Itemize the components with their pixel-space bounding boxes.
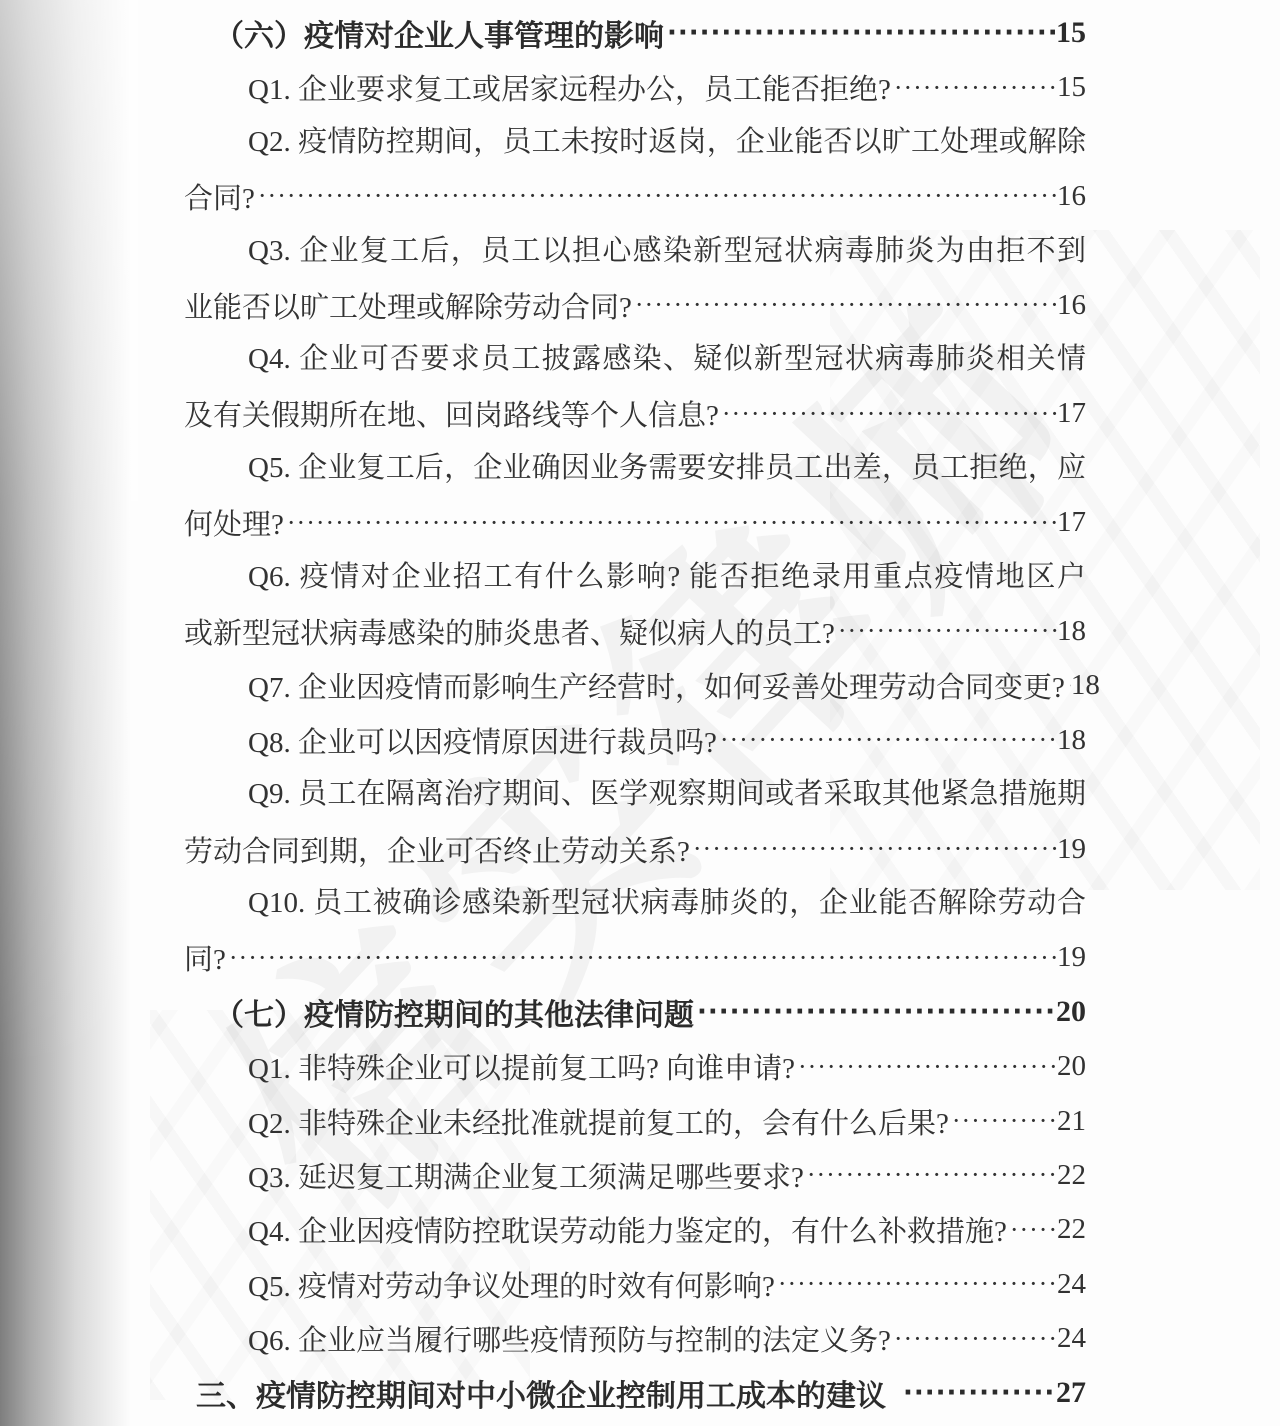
page-number: 19 (1057, 941, 1086, 974)
entry-text: 何处理? (184, 502, 284, 543)
s6-q6-line2: 或新型冠状病毒感染的肺炎患者、疑似病人的员工? 18 (184, 604, 1086, 658)
section-6-title: （六）疫情对企业人事管理的影响 (214, 11, 664, 55)
dot-leader (900, 1378, 1056, 1408)
table-of-contents: （六）疫情对企业人事管理的影响 15 Q1. 企业要求复工或居家远程办公，员工能… (184, 6, 1086, 1420)
s7-q4: Q4. 企业因疫情防控耽误劳动能力鉴定的，有什么补救措施? 22 (184, 1203, 1086, 1257)
s6-q3-line1: Q3. 企业复工后，员工以担心感染新型冠状病毒肺炎为由拒不到岗，企 (184, 224, 1086, 278)
page-number: 19 (1057, 833, 1086, 866)
s6-q1: Q1. 企业要求复工或居家远程办公，员工能否拒绝? 15 (184, 60, 1086, 114)
dot-leader (632, 290, 1057, 320)
chapter-3-title: 三、疫情防控期间对中小微企业控制用工成本的建议 (196, 1371, 900, 1415)
page-number: 22 (1057, 1159, 1086, 1192)
s6-q6-line1: Q6. 疫情对企业招工有什么影响? 能否拒绝录用重点疫情地区户籍， (184, 550, 1086, 604)
entry-text: 或新型冠状病毒感染的肺炎患者、疑似病人的员工? (184, 611, 835, 652)
section-7-heading: （七）疫情防控期间的其他法律问题 20 (184, 985, 1086, 1039)
page-number: 18 (1057, 615, 1086, 648)
s6-q2-line2: 合同? 16 (184, 169, 1086, 223)
page-number: 18 (1071, 669, 1100, 702)
page-number: 18 (1057, 724, 1086, 757)
page-number: 17 (1057, 506, 1086, 539)
s6-q4-line1: Q4. 企业可否要求员工披露感染、疑似新型冠状病毒肺炎相关情况，以 (184, 332, 1086, 386)
entry-text: Q2. 非特殊企业未经批准就提前复工的，会有什么后果? (248, 1101, 949, 1142)
s6-q9-line2: 劳动合同到期，企业可否终止劳动关系? 19 (184, 822, 1086, 876)
entry-text: 业能否以旷工处理或解除劳动合同? (184, 285, 632, 326)
dot-leader (717, 725, 1057, 755)
page-number: 24 (1057, 1322, 1086, 1355)
entry-text: 合同? (184, 176, 255, 217)
page-number: 15 (1057, 71, 1086, 104)
entry-text: Q1. 企业要求复工或居家远程办公，员工能否拒绝? (248, 67, 891, 108)
page-number: 21 (1057, 1105, 1086, 1138)
dot-leader (795, 1052, 1057, 1082)
dot-leader (891, 1324, 1057, 1354)
page-number: 17 (1057, 397, 1086, 430)
entry-text: 劳动合同到期，企业可否终止劳动关系? (184, 829, 690, 870)
entry-text: Q3. 延迟复工期满企业复工须满足哪些要求? (248, 1155, 804, 1196)
page-number: 22 (1057, 1213, 1086, 1246)
page-number: 27 (1056, 1376, 1086, 1410)
entry-text: Q1. 非特殊企业可以提前复工吗? 向谁申请? (248, 1046, 795, 1087)
dot-leader (284, 508, 1057, 538)
s7-q6: Q6. 企业应当履行哪些疫情预防与控制的法定义务? 24 (184, 1311, 1086, 1365)
chapter-3-heading: 三、疫情防控期间对中小微企业控制用工成本的建议 27 (184, 1366, 1086, 1420)
page-number: 16 (1057, 289, 1086, 322)
entry-text: 同? (184, 937, 226, 978)
page-number: 16 (1057, 180, 1086, 213)
dot-leader (891, 73, 1057, 103)
dot-leader (775, 1269, 1057, 1299)
dot-leader (835, 616, 1057, 646)
entry-text: Q7. 企业因疫情而影响生产经营时，如何妥善处理劳动合同变更? (248, 665, 1065, 706)
dot-leader (226, 943, 1057, 973)
scan-edge-shadow (0, 0, 138, 1426)
dot-leader (1007, 1215, 1057, 1245)
s6-q2-line1: Q2. 疫情防控期间，员工未按时返岗，企业能否以旷工处理或解除劳动 (184, 115, 1086, 169)
dot-leader (719, 399, 1057, 429)
entry-text: Q5. 疫情对劳动争议处理的时效有何影响? (248, 1264, 775, 1305)
section-7-title: （七）疫情防控期间的其他法律问题 (214, 990, 694, 1034)
page-number: 20 (1056, 995, 1086, 1029)
s6-q7: Q7. 企业因疫情而影响生产经营时，如何妥善处理劳动合同变更? 18 (184, 659, 1086, 713)
section-6-heading: （六）疫情对企业人事管理的影响 15 (184, 6, 1086, 60)
dot-leader (694, 997, 1056, 1027)
entry-text: Q8. 企业可以因疫情原因进行裁员吗? (248, 720, 717, 761)
s7-q5: Q5. 疫情对劳动争议处理的时效有何影响? 24 (184, 1257, 1086, 1311)
entry-text: Q6. 企业应当履行哪些疫情预防与控制的法定义务? (248, 1318, 891, 1359)
s6-q5-line2: 何处理? 17 (184, 496, 1086, 550)
s6-q5-line1: Q5. 企业复工后，企业确因业务需要安排员工出差，员工拒绝，应当如 (184, 441, 1086, 495)
page-number: 24 (1057, 1268, 1086, 1301)
s7-q1: Q1. 非特殊企业可以提前复工吗? 向谁申请? 20 (184, 1039, 1086, 1093)
dot-leader (949, 1106, 1057, 1136)
s6-q9-line1: Q9. 员工在隔离治疗期间、医学观察期间或者采取其他紧急措施期间 (184, 767, 1086, 821)
s7-q3: Q3. 延迟复工期满企业复工须满足哪些要求? 22 (184, 1148, 1086, 1202)
s6-q4-line2: 及有关假期所在地、回岗路线等个人信息? 17 (184, 387, 1086, 441)
dot-leader (664, 18, 1056, 48)
dot-leader (255, 181, 1057, 211)
entry-text: 及有关假期所在地、回岗路线等个人信息? (184, 393, 719, 434)
s6-q10-line1: Q10. 员工被确诊感染新型冠状病毒肺炎的，企业能否解除劳动合 (184, 876, 1086, 930)
s6-q10-line2: 同? 19 (184, 931, 1086, 985)
page-number: 20 (1057, 1050, 1086, 1083)
s7-q2: Q2. 非特殊企业未经批准就提前复工的，会有什么后果? 21 (184, 1094, 1086, 1148)
page-number: 15 (1056, 16, 1086, 50)
entry-text: Q4. 企业因疫情防控耽误劳动能力鉴定的，有什么补救措施? (248, 1209, 1007, 1250)
dot-leader (690, 834, 1057, 864)
s6-q8: Q8. 企业可以因疫情原因进行裁员吗? 18 (184, 713, 1086, 767)
dot-leader (804, 1160, 1057, 1190)
s6-q3-line2: 业能否以旷工处理或解除劳动合同? 16 (184, 278, 1086, 332)
